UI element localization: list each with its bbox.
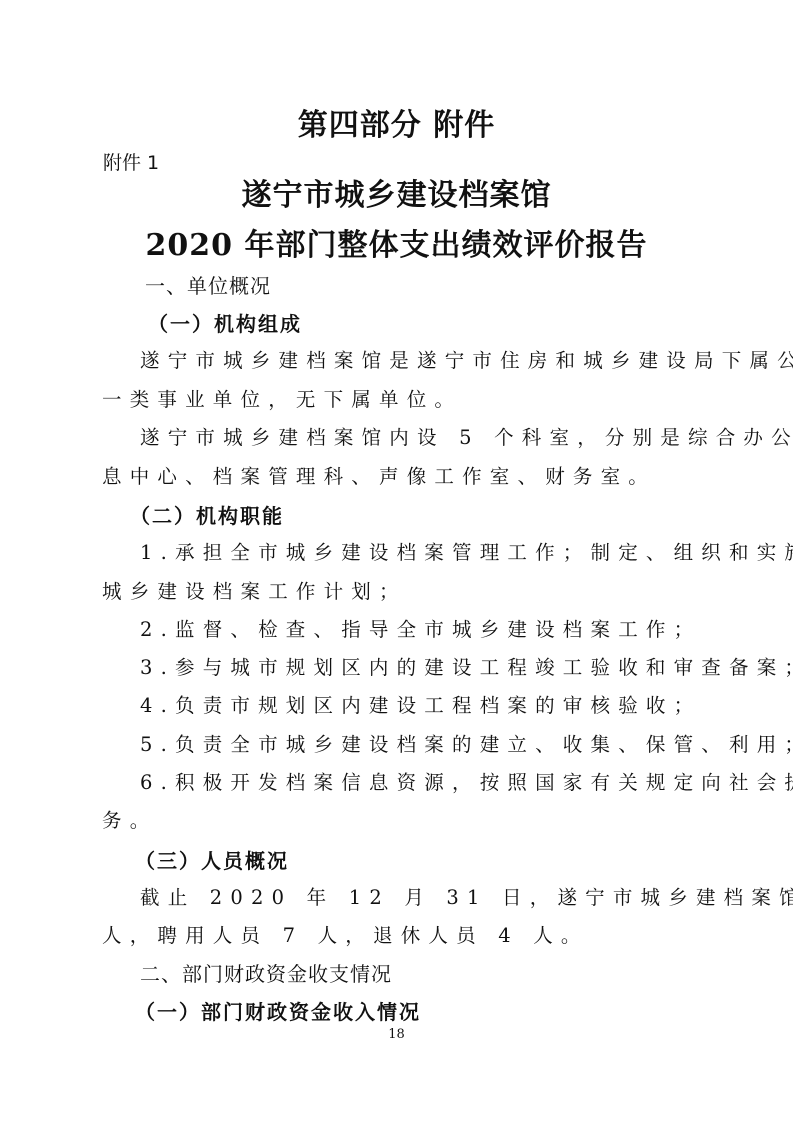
document-page: 第四部分 附件 附件 1 遂宁市城乡建设档案馆 2020 年部门整体支出绩效评价… [0, 0, 793, 1122]
paragraph-line: 遂宁市城乡建档案馆是遂宁市住房和城乡建设局下属公益 [140, 345, 793, 373]
section-1-1-heading: （一）机构组成 [148, 308, 302, 337]
section-1-2-heading: （二）机构职能 [130, 500, 284, 529]
section-2-1-heading: （一）部门财政资金收入情况 [135, 996, 421, 1025]
duty-item: 1.承担全市城乡建设档案管理工作；制定、组织和实施全市 [140, 537, 793, 565]
page-number: 18 [0, 1027, 793, 1042]
paragraph-line: 人，聘用人员 7 人，退休人员 4 人。 [102, 920, 589, 948]
paragraph-line: 遂宁市城乡建档案馆内设 5 个科室，分别是综合办公室、信 [140, 422, 793, 450]
section-1-heading: 一、单位概况 [145, 270, 271, 299]
paragraph-line: 一类事业单位，无下属单位。 [102, 384, 462, 412]
duty-item: 5.负责全市城乡建设档案的建立、收集、保管、利用； [140, 729, 793, 757]
duty-item: 6.积极开发档案信息资源，按照国家有关规定向社会提供服 [140, 767, 793, 795]
duty-item: 务。 [102, 805, 157, 833]
duty-item: 城乡建设档案工作计划； [102, 576, 407, 604]
paragraph-line: 息中心、档案管理科、声像工作室、财务室。 [102, 461, 656, 489]
duty-item: 2.监督、检查、指导全市城乡建设档案工作； [140, 614, 701, 642]
part-title: 第四部分 附件 [0, 100, 793, 144]
report-title-line-1: 遂宁市城乡建设档案馆 [0, 170, 793, 214]
section-1-3-heading: （三）人员概况 [135, 845, 289, 874]
duty-item: 4.负责市规划区内建设工程档案的审核验收； [140, 690, 701, 718]
duty-item: 3.参与城市规划区内的建设工程竣工验收和审查备案； [140, 652, 793, 680]
paragraph-line: 截止 2020 年 12 月 31 日，遂宁市城乡建档案馆在职人员 8 [140, 882, 793, 910]
report-title-line-2: 2020 年部门整体支出绩效评价报告 [0, 220, 793, 264]
section-2-heading: 二、部门财政资金收支情况 [140, 958, 392, 987]
